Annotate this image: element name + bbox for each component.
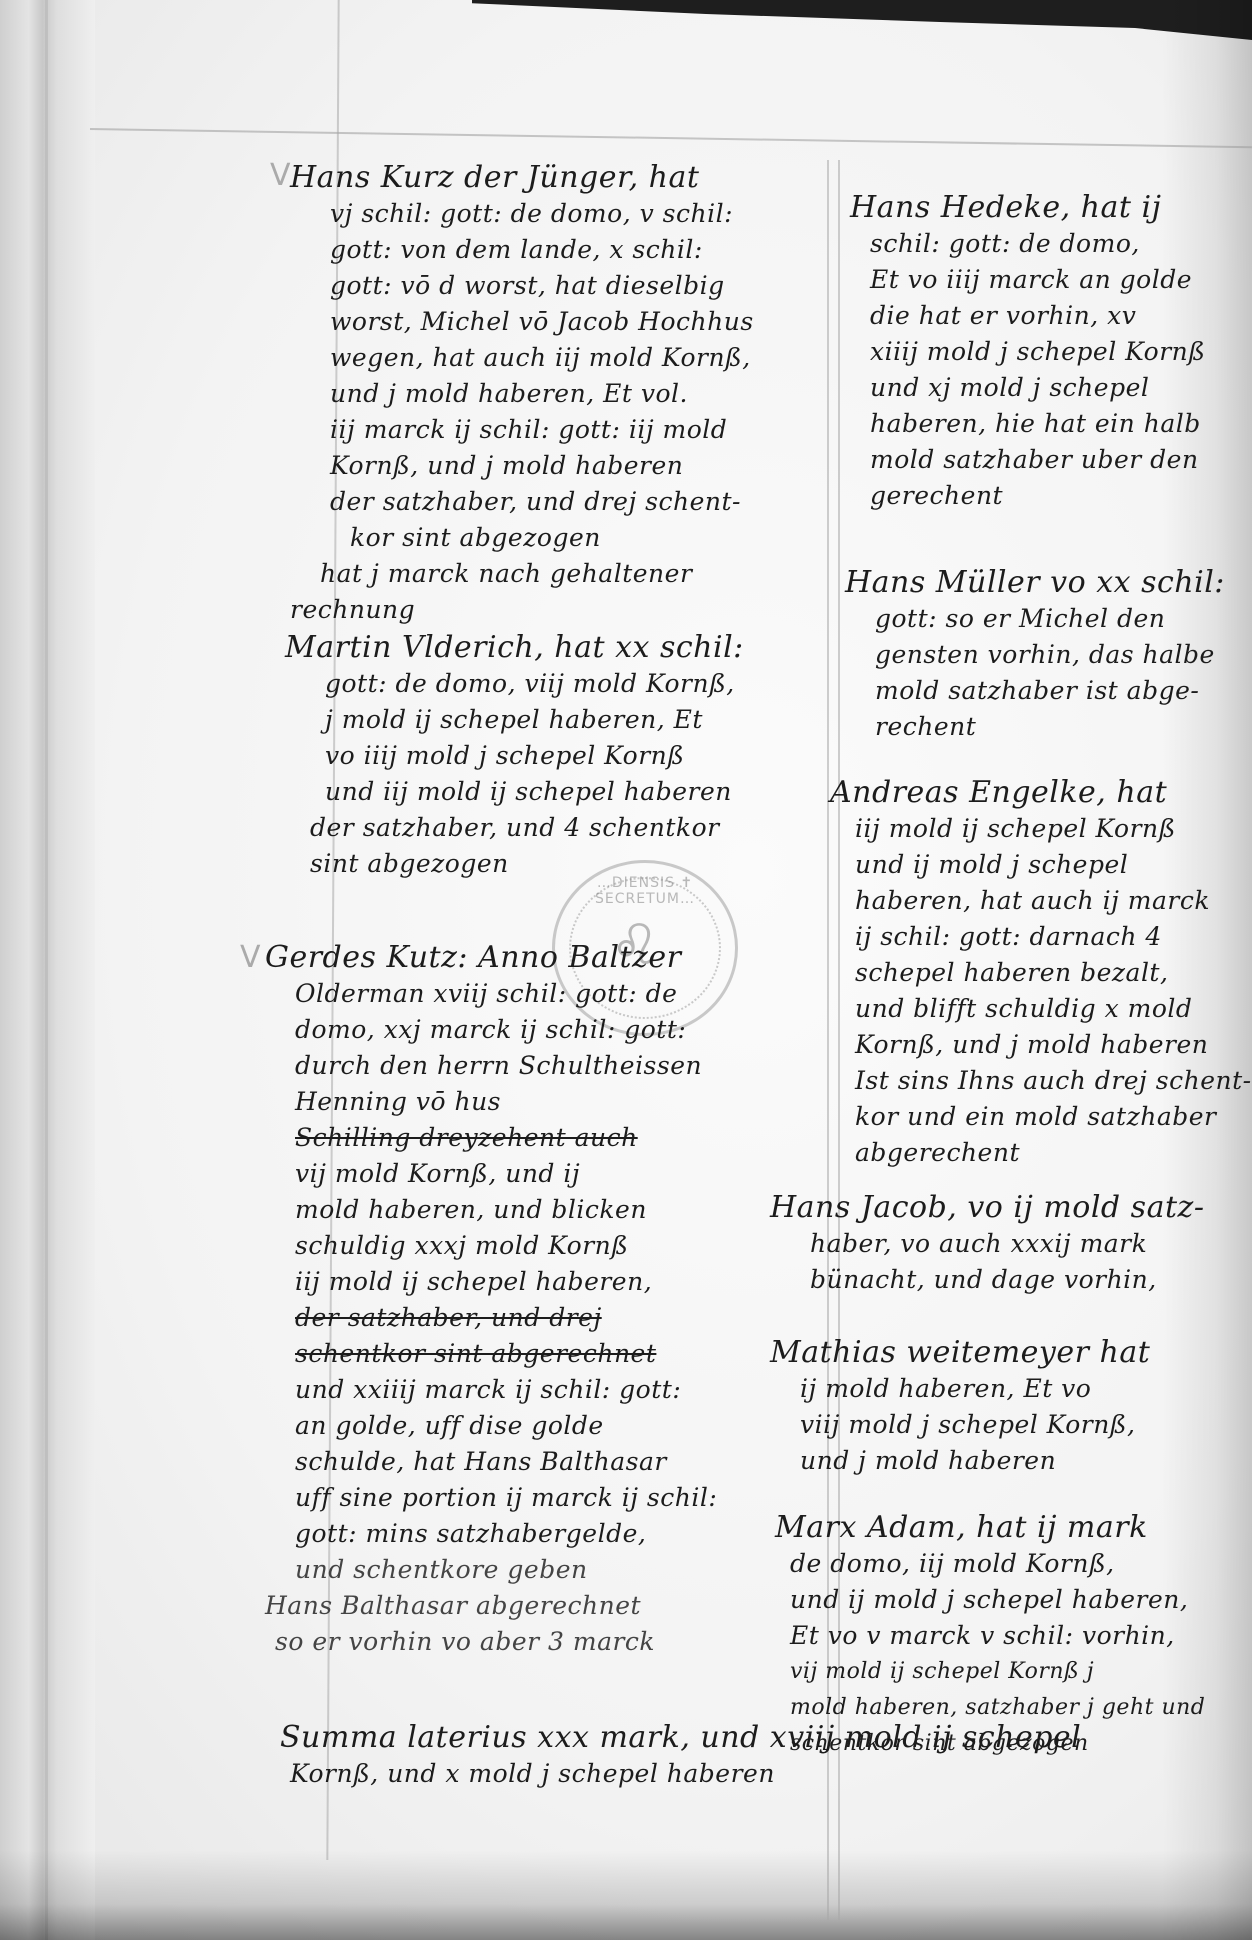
entry-line: Et vo iiij marck an golde: [850, 262, 1205, 298]
entry-line: Gerdes Kutz: Anno Baltzer: [265, 940, 717, 976]
entry-line: ij mold haberen, Et vo: [770, 1371, 1150, 1407]
entry-line: iij mold ij schepel Kornß: [830, 811, 1252, 847]
entry-line: vij mold ij schepel Kornß j: [775, 1654, 1205, 1690]
entry-hans-kurz: Hans Kurz der Jünger, hat vj schil: gott…: [290, 160, 754, 628]
entry-line: vij mold Kornß, und ij: [265, 1156, 717, 1192]
entry-gerdes-kutz: Gerdes Kutz: Anno Baltzer Olderman xviij…: [265, 940, 717, 1660]
entry-line: gott: de domo, viij mold Kornß,: [285, 666, 744, 702]
entry-line: Hans Müller vo xx schil:: [845, 565, 1225, 601]
entry-line: de domo, iij mold Kornß,: [775, 1546, 1205, 1582]
entry-line: Kornß, und j mold haberen: [830, 1027, 1252, 1063]
entry-line: und xj mold j schepel: [850, 370, 1205, 406]
top-ruling-line: [90, 128, 1252, 148]
entry-line: mold satzhaber ist abge-: [845, 673, 1225, 709]
entry-line: iij marck ij schil: gott: iij mold: [290, 412, 754, 448]
entry-line-struck: Schilling dreyzehent auch: [265, 1120, 717, 1156]
entry-line-struck: der satzhaber, und drej: [265, 1300, 717, 1336]
entry-line-struck: schentkor sint abgerechnet: [265, 1336, 717, 1372]
entry-line: schil: gott: de domo,: [850, 226, 1205, 262]
entry-line: gott: von dem lande, x schil:: [290, 232, 754, 268]
entry-line: gott: so er Michel den: [845, 601, 1225, 637]
entry-line: Marx Adam, hat ij mark: [775, 1510, 1205, 1546]
entry-line: viij mold j schepel Kornß,: [770, 1407, 1150, 1443]
entry-line: der satzhaber, und 4 schentkor: [285, 810, 744, 846]
entry-line: Mathias weitemeyer hat: [770, 1335, 1150, 1371]
entry-line: mold satzhaber uber den: [850, 442, 1205, 478]
entry-line: haber, vo auch xxxij mark: [770, 1226, 1204, 1262]
entry-line: kor sint abgezogen: [290, 520, 754, 556]
entry-line: schuldig xxxj mold Kornß: [265, 1228, 717, 1264]
entry-line: Et vo v marck v schil: vorhin,: [775, 1618, 1205, 1654]
entry-line: Hans Hedeke, hat ij: [850, 190, 1205, 226]
manuscript-page: …DIENSIS ✝ SECRETUM… ♌ V Hans Kurz der J…: [0, 0, 1252, 1940]
entry-line: worst, Michel vō Jacob Hochhus: [290, 304, 754, 340]
entry-line: gensten vorhin, das halbe: [845, 637, 1225, 673]
entry-line: mold haberen, und blicken: [265, 1192, 717, 1228]
entry-line: gott: mins satzhabergelde,: [265, 1516, 717, 1552]
entry-line: so er vorhin vo aber 3 marck: [265, 1624, 717, 1660]
entry-line: hat j marck nach gehaltener: [290, 556, 754, 592]
entry-line: und iij mold ij schepel haberen: [285, 774, 744, 810]
entry-andreas-engelke: Andreas Engelke, hat iij mold ij schepel…: [830, 775, 1252, 1171]
entry-line: und ij mold j schepel: [830, 847, 1252, 883]
entry-line: kor und ein mold satzhaber: [830, 1099, 1252, 1135]
entry-hans-hedeke: Hans Hedeke, hat ij schil: gott: de domo…: [850, 190, 1205, 514]
entry-marx-adam: Marx Adam, hat ij mark de domo, iij mold…: [775, 1510, 1205, 1762]
entry-line: bünacht, und dage vorhin,: [770, 1262, 1204, 1298]
entry-line: haberen, hat auch ij marck: [830, 883, 1252, 919]
check-mark: V: [240, 940, 261, 975]
entry-line: Martin Vlderich, hat xx schil:: [285, 630, 744, 666]
entry-line: die hat er vorhin, xv: [850, 298, 1205, 334]
entry-line: Andreas Engelke, hat: [830, 775, 1252, 811]
entry-line: und j mold haberen, Et vol.: [290, 376, 754, 412]
entry-line: Henning vō hus: [265, 1084, 717, 1120]
entry-line: und blifft schuldig x mold: [830, 991, 1252, 1027]
entry-line: rechnung: [290, 592, 754, 628]
entry-line: Hans Balthasar abgerechnet: [265, 1588, 717, 1624]
page-fold-line: [45, 0, 48, 1940]
entry-line: j mold ij schepel haberen, Et: [285, 702, 744, 738]
entry-line: haberen, hie hat ein halb: [850, 406, 1205, 442]
entry-line: schulde, hat Hans Balthasar: [265, 1444, 717, 1480]
entry-line: vo iiij mold j schepel Kornß: [285, 738, 744, 774]
entry-line: Hans Kurz der Jünger, hat: [290, 160, 754, 196]
entry-line: rechent: [845, 709, 1225, 745]
entry-line: und xxiiij marck ij schil: gott:: [265, 1372, 717, 1408]
entry-line: Olderman xviij schil: gott: de: [265, 976, 717, 1012]
entry-mathias-weitemeyer: Mathias weitemeyer hat ij mold haberen, …: [770, 1335, 1150, 1479]
entry-line: Ist sins Ihns auch drej schent-: [830, 1063, 1252, 1099]
entry-line: schentkor sint abgezogen: [775, 1726, 1205, 1762]
entry-hans-jacob: Hans Jacob, vo ij mold satz- haber, vo a…: [770, 1190, 1204, 1298]
entry-line: uff sine portion ij marck ij schil:: [265, 1480, 717, 1516]
entry-hans-muller: Hans Müller vo xx schil: gott: so er Mic…: [845, 565, 1225, 745]
entry-line: der satzhaber, und drej schent-: [290, 484, 754, 520]
entry-line: gott: vō d worst, hat dieselbig: [290, 268, 754, 304]
entry-line: abgerechent: [830, 1135, 1252, 1171]
entry-line: und schentkore geben: [265, 1552, 717, 1588]
entry-line: wegen, hat auch iij mold Kornß,: [290, 340, 754, 376]
scan-background-corner: [472, 0, 1252, 40]
entry-line: iij mold ij schepel haberen,: [265, 1264, 717, 1300]
check-mark: V: [270, 158, 291, 193]
entry-line: durch den herrn Schultheissen: [265, 1048, 717, 1084]
entry-line: xiiij mold j schepel Kornß: [850, 334, 1205, 370]
entry-line: Hans Jacob, vo ij mold satz-: [770, 1190, 1204, 1226]
entry-line: mold haberen, satzhaber j geht und: [775, 1690, 1205, 1726]
entry-line: domo, xxj marck ij schil: gott:: [265, 1012, 717, 1048]
bottom-edge-shadow: [0, 1850, 1252, 1940]
entry-line: schepel haberen bezalt,: [830, 955, 1252, 991]
entry-line: sint abgezogen: [285, 846, 744, 882]
entry-line: vj schil: gott: de domo, v schil:: [290, 196, 754, 232]
entry-line: Kornß, und j mold haberen: [290, 448, 754, 484]
entry-line: und j mold haberen: [770, 1443, 1150, 1479]
entry-line: ij schil: gott: darnach 4: [830, 919, 1252, 955]
entry-line: gerechent: [850, 478, 1205, 514]
entry-line: und ij mold j schepel haberen,: [775, 1582, 1205, 1618]
entry-line: an golde, uff dise golde: [265, 1408, 717, 1444]
entry-martin-vlderich: Martin Vlderich, hat xx schil: gott: de …: [285, 630, 744, 882]
